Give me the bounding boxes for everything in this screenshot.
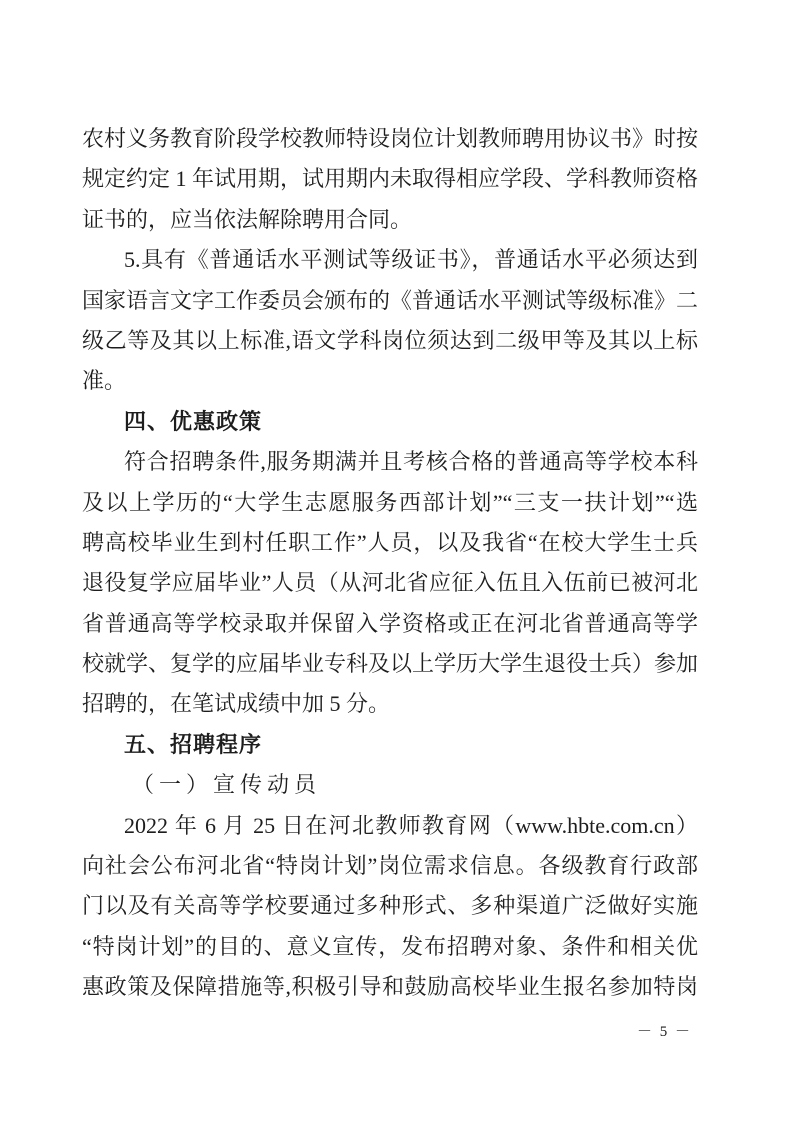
body-line: 门以及有关高等学校要通过多种形式、多种渠道广泛做好实施	[82, 886, 698, 926]
body-line: 及以上学历的“大学生志愿服务西部计划”“三支一扶计划”“选	[82, 483, 698, 523]
body-line: 向社会公布河北省“特岗计划”岗位需求信息。各级教育行政部	[82, 846, 698, 886]
body-line: 招聘的，在笔试成绩中加 5 分。	[82, 684, 698, 724]
body-line: 聘高校毕业生到村任职工作”人员，以及我省“在校大学生士兵	[82, 523, 698, 563]
subsection-heading-publicity: （一）宣传动员	[82, 765, 698, 805]
page-number: － 5 －	[637, 1020, 692, 1041]
body-line: 2022 年 6 月 25 日在河北教师教育网（www.hbte.com.cn）	[82, 806, 698, 846]
document-page: 农村义务教育阶段学校教师特设岗位计划教师聘用协议书》时按 规定约定 1 年试用期…	[0, 0, 794, 1123]
body-line: 国家语言文字工作委员会颁布的《普通话水平测试等级标准》二	[82, 281, 698, 321]
section-heading-preferential-policy: 四、优惠政策	[82, 402, 698, 442]
section-heading-recruitment-procedure: 五、招聘程序	[82, 725, 698, 765]
body-line: 退役复学应届毕业”人员（从河北省应征入伍且入伍前已被河北	[82, 563, 698, 603]
body-line: 证书的，应当依法解除聘用合同。	[82, 200, 698, 240]
body-line: 省普通高等学校录取并保留入学资格或正在河北省普通高等学	[82, 604, 698, 644]
body-line: 农村义务教育阶段学校教师特设岗位计划教师聘用协议书》时按	[82, 119, 698, 159]
body-line: 5.具有《普通话水平测试等级证书》，普通话水平必须达到	[82, 240, 698, 280]
body-line: 校就学、复学的应届毕业专科及以上学历大学生退役士兵）参加	[82, 644, 698, 684]
body-line: 准。	[82, 361, 698, 401]
body-line: 惠政策及保障措施等,积极引导和鼓励高校毕业生报名参加特岗	[82, 967, 698, 1007]
body-line: 规定约定 1 年试用期，试用期内未取得相应学段、学科教师资格	[82, 159, 698, 199]
body-line: 级乙等及其以上标准,语文学科岗位须达到二级甲等及其以上标	[82, 321, 698, 361]
body-line: “特岗计划”的目的、意义宣传，发布招聘对象、条件和相关优	[82, 927, 698, 967]
body-line: 符合招聘条件,服务期满并且考核合格的普通高等学校本科	[82, 442, 698, 482]
document-body: 农村义务教育阶段学校教师特设岗位计划教师聘用协议书》时按 规定约定 1 年试用期…	[82, 119, 698, 1008]
